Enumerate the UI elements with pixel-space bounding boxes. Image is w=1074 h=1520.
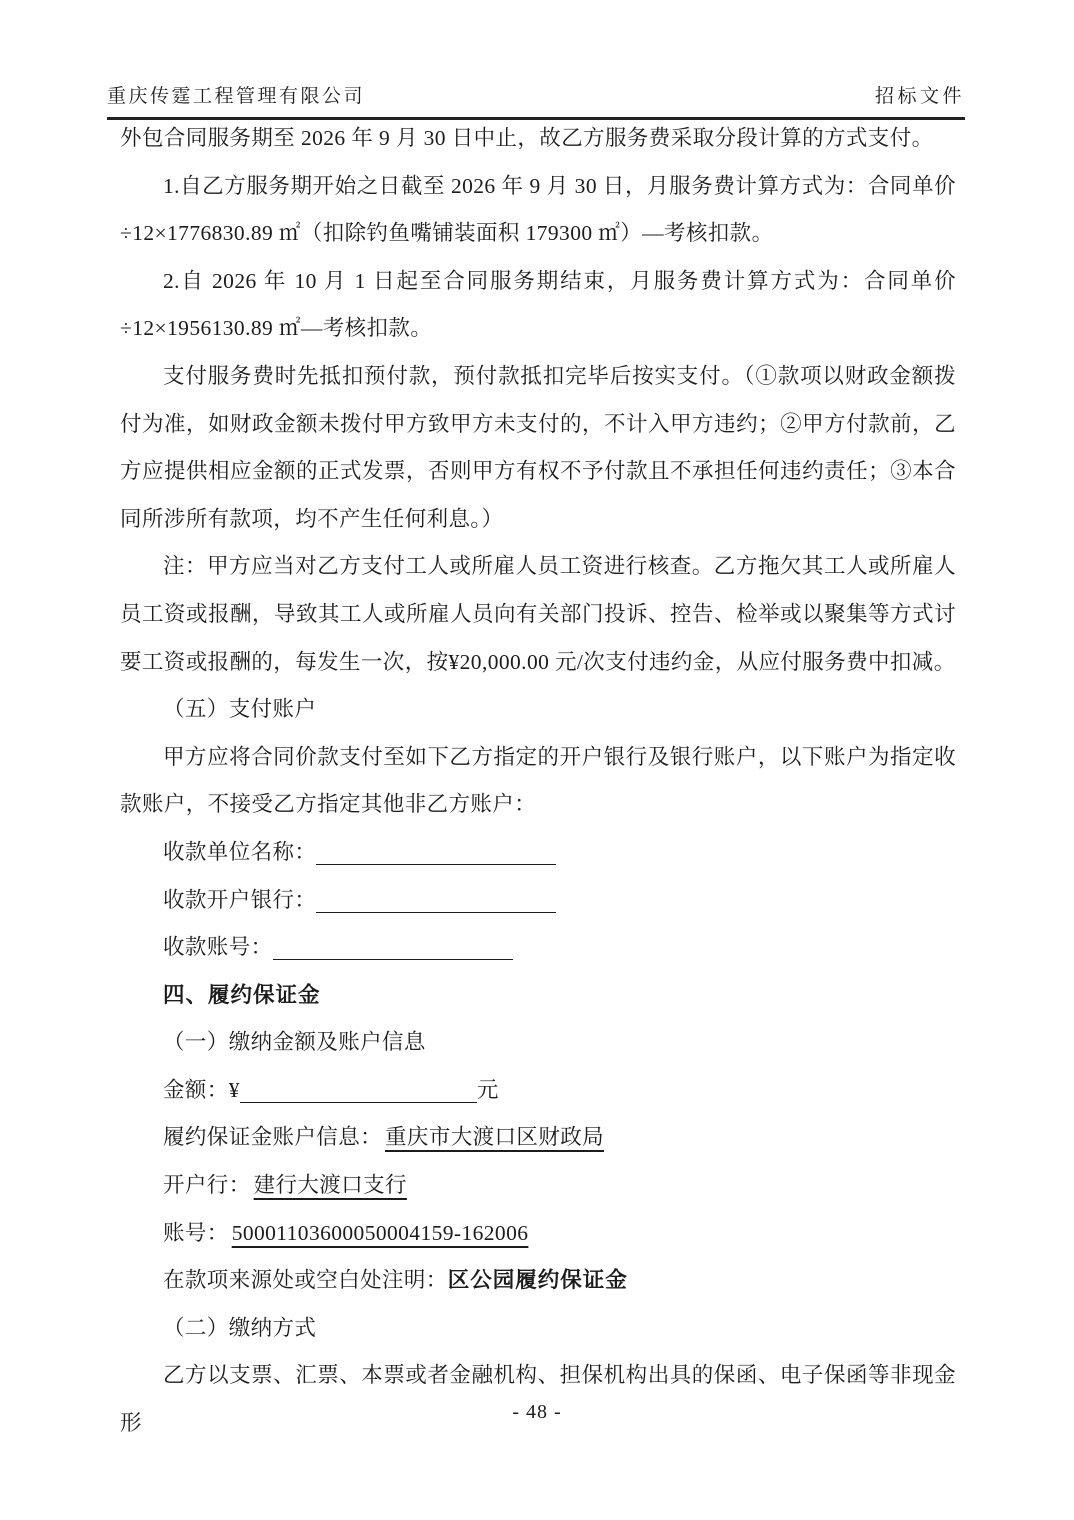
heading-bond-payment-method: （二）缴纳方式: [120, 1305, 956, 1353]
paragraph-wage-note: 注：甲方应当对乙方支付工人或所雇人员工资进行核查。乙方拖欠其工人或所雇人员工资或…: [120, 543, 956, 686]
paragraph-segmented-payment: 外包合同服务期至 2026 年 9 月 30 日中止，故乙方服务费采取分段计算的…: [120, 115, 956, 163]
field-bond-amount: 金额：¥元: [120, 1067, 956, 1115]
field-payee-bank-blank: [316, 911, 556, 913]
field-payee-bank-label: 收款开户银行：: [163, 888, 316, 912]
field-remark: 在款项来源处或空白处注明：区公园履约保证金: [120, 1257, 956, 1305]
field-bond-amount-blank: [240, 1101, 477, 1103]
field-bond-account-info: 履约保证金账户信息：重庆市大渡口区财政局: [120, 1114, 956, 1162]
field-bond-account-info-value: 重庆市大渡口区财政局: [382, 1125, 607, 1149]
heading-payment-account: （五）支付账户: [120, 686, 956, 734]
field-payee-account: 收款账号：: [120, 924, 956, 972]
paragraph-payment-terms: 支付服务费时先抵扣预付款，预付款抵扣完毕后按实支付。（①款项以财政金额拨付为准，…: [120, 353, 956, 543]
field-bond-account-number: 账号：50001103600050004159-162006: [120, 1210, 956, 1258]
heading-bond-amount-info: （一）缴纳金额及账户信息: [120, 1019, 956, 1067]
document-page: 重庆传霆工程管理有限公司 招标文件 外包合同服务期至 2026 年 9 月 30…: [0, 0, 1074, 1520]
field-bond-account-number-label: 账号：: [163, 1221, 229, 1245]
page-footer: - 48 -: [0, 1398, 1074, 1426]
heading-performance-bond: 四、履约保证金: [120, 972, 956, 1020]
field-bond-account-number-value: 50001103600050004159-162006: [229, 1221, 532, 1245]
field-bond-amount-unit: 元: [477, 1078, 499, 1102]
document-body: 外包合同服务期至 2026 年 9 月 30 日中止，故乙方服务费采取分段计算的…: [120, 115, 956, 1448]
field-payee-name: 收款单位名称：: [120, 829, 956, 877]
field-remark-label: 在款项来源处或空白处注明：: [163, 1268, 448, 1292]
field-bond-account-info-label: 履约保证金账户信息：: [163, 1125, 382, 1149]
field-bond-bank-label: 开户行：: [163, 1173, 251, 1197]
header-doc-type: 招标文件: [875, 84, 965, 110]
header-company-name: 重庆传霆工程管理有限公司: [107, 84, 365, 110]
field-payee-account-label: 收款账号：: [163, 935, 273, 959]
field-payee-account-blank: [273, 958, 513, 960]
paragraph-item-1: 1.自乙方服务期开始之日截至 2026 年 9 月 30 日，月服务费计算方式为…: [120, 163, 956, 258]
page-number: - 48 -: [512, 1401, 561, 1423]
paragraph-account-intro: 甲方应将合同价款支付至如下乙方指定的开户银行及银行账户，以下账户为指定收款账户，…: [120, 734, 956, 829]
field-bond-bank-value: 建行大渡口支行: [251, 1173, 410, 1197]
field-payee-name-blank: [316, 863, 556, 865]
field-bond-amount-label: 金额：¥: [163, 1078, 240, 1102]
field-payee-bank: 收款开户银行：: [120, 877, 956, 925]
field-payee-name-label: 收款单位名称：: [163, 840, 316, 864]
field-remark-value: 区公园履约保证金: [448, 1268, 628, 1292]
field-bond-bank: 开户行：建行大渡口支行: [120, 1162, 956, 1210]
paragraph-item-2: 2.自 2026 年 10 月 1 日起至合同服务期结束，月服务费计算方式为：合…: [120, 258, 956, 353]
